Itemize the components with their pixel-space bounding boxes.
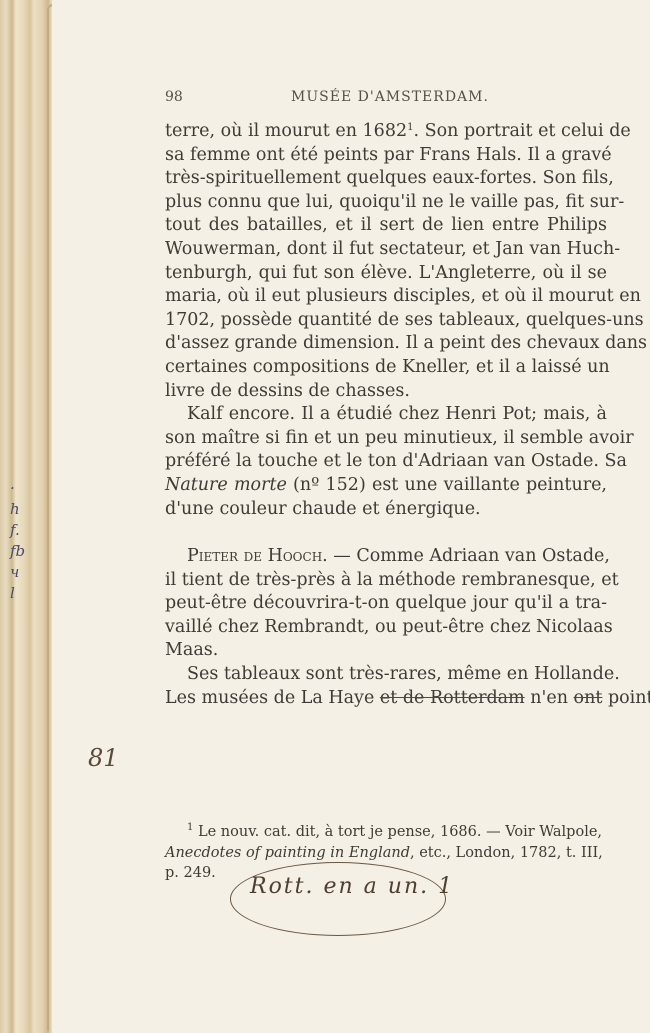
footnote-line: Anecdotes of painting in England, etc., …: [165, 843, 607, 864]
text-line: tenburgh, qui fut son élève. L'Angleterr…: [165, 262, 607, 286]
text-line: vaillé chez Rembrandt, ou peut-être chez…: [165, 616, 607, 640]
text-line: Pieter de Hooch. — Comme Adriaan van Ost…: [165, 545, 607, 569]
gutter-mark: l: [10, 583, 26, 604]
text-line: il tient de très-près à la méthode rembr…: [165, 569, 607, 593]
text-line: d'une couleur chaude et énergique.: [165, 498, 607, 522]
text-line: d'assez grande dimension. Il a peint des…: [165, 332, 607, 356]
struck-text: ont: [574, 688, 603, 708]
gutter-mark: fb: [10, 541, 26, 562]
footnote-line: 1 Le nouv. cat. dit, à tort je pense, 16…: [165, 818, 607, 843]
text-line: Kalf encore. Il a étudié chez Henri Pot;…: [165, 403, 607, 427]
paragraph-2: Kalf encore. Il a étudié chez Henri Pot;…: [165, 403, 607, 521]
paragraph-3: Pieter de Hooch. — Comme Adriaan van Ost…: [165, 545, 607, 663]
handwritten-note: Rott. en a un. 1: [250, 874, 454, 899]
page-number: 98: [165, 89, 183, 105]
text-line: livre de dessins de chasses.: [165, 380, 607, 404]
text-line: plus connu que lui, quoiqu'il ne le vail…: [165, 191, 607, 215]
text-line: Nature morte (nº 152) est une vaillante …: [165, 474, 607, 498]
struck-text: et de Rotterdam: [380, 688, 525, 708]
text-line: Les musées de La Haye et de Rotterdam n'…: [165, 687, 607, 711]
text-line: maria, où il eut plusieurs disciples, et…: [165, 285, 607, 309]
section-gap: [165, 521, 607, 545]
book-gutter: [0, 0, 52, 1033]
text-line: Wouwerman, dont il fut sectateur, et Jan…: [165, 238, 607, 262]
gutter-mark: f.: [10, 520, 26, 541]
gutter-mark: ч: [10, 562, 26, 583]
artwork-title: Nature morte: [165, 475, 287, 495]
text-line: son maître si fin et un peu minutieux, i…: [165, 427, 607, 451]
gutter-mark: h: [10, 499, 26, 520]
gutter-handwritten-marks: · h f. fb ч l: [10, 478, 26, 604]
running-head: MUSÉE D'AMSTERDAM.: [291, 89, 489, 105]
page-header: 98 MUSÉE D'AMSTERDAM.: [165, 89, 615, 109]
text-line: Maas.: [165, 639, 607, 663]
gutter-mark: ·: [10, 478, 26, 499]
artist-name: Pieter de Hooch.: [187, 546, 328, 566]
text-line: 1702, possède quantité de ses tableaux, …: [165, 309, 607, 333]
margin-handwritten-number: 81: [88, 744, 119, 772]
text-line: préféré la touche et le ton d'Adriaan va…: [165, 450, 607, 474]
text-line: Ses tableaux sont très-rares, même en Ho…: [165, 663, 607, 687]
text-line: sa femme ont été peints par Frans Hals. …: [165, 144, 607, 168]
text-line: peut-être découvrira-t-on quelque jour q…: [165, 592, 607, 616]
paragraph-1: terre, où il mourut en 16821. Son portra…: [165, 116, 607, 403]
text-line: tout des batailles, et il sert de lien e…: [165, 214, 607, 238]
text-line: très-spirituellement quelques eaux-forte…: [165, 167, 607, 191]
text-line: certaines compositions de Kneller, et il…: [165, 356, 607, 380]
body-text: terre, où il mourut en 16821. Son portra…: [165, 116, 607, 710]
text-line: terre, où il mourut en 16821. Son portra…: [165, 116, 607, 144]
paragraph-4: Ses tableaux sont très-rares, même en Ho…: [165, 663, 607, 710]
